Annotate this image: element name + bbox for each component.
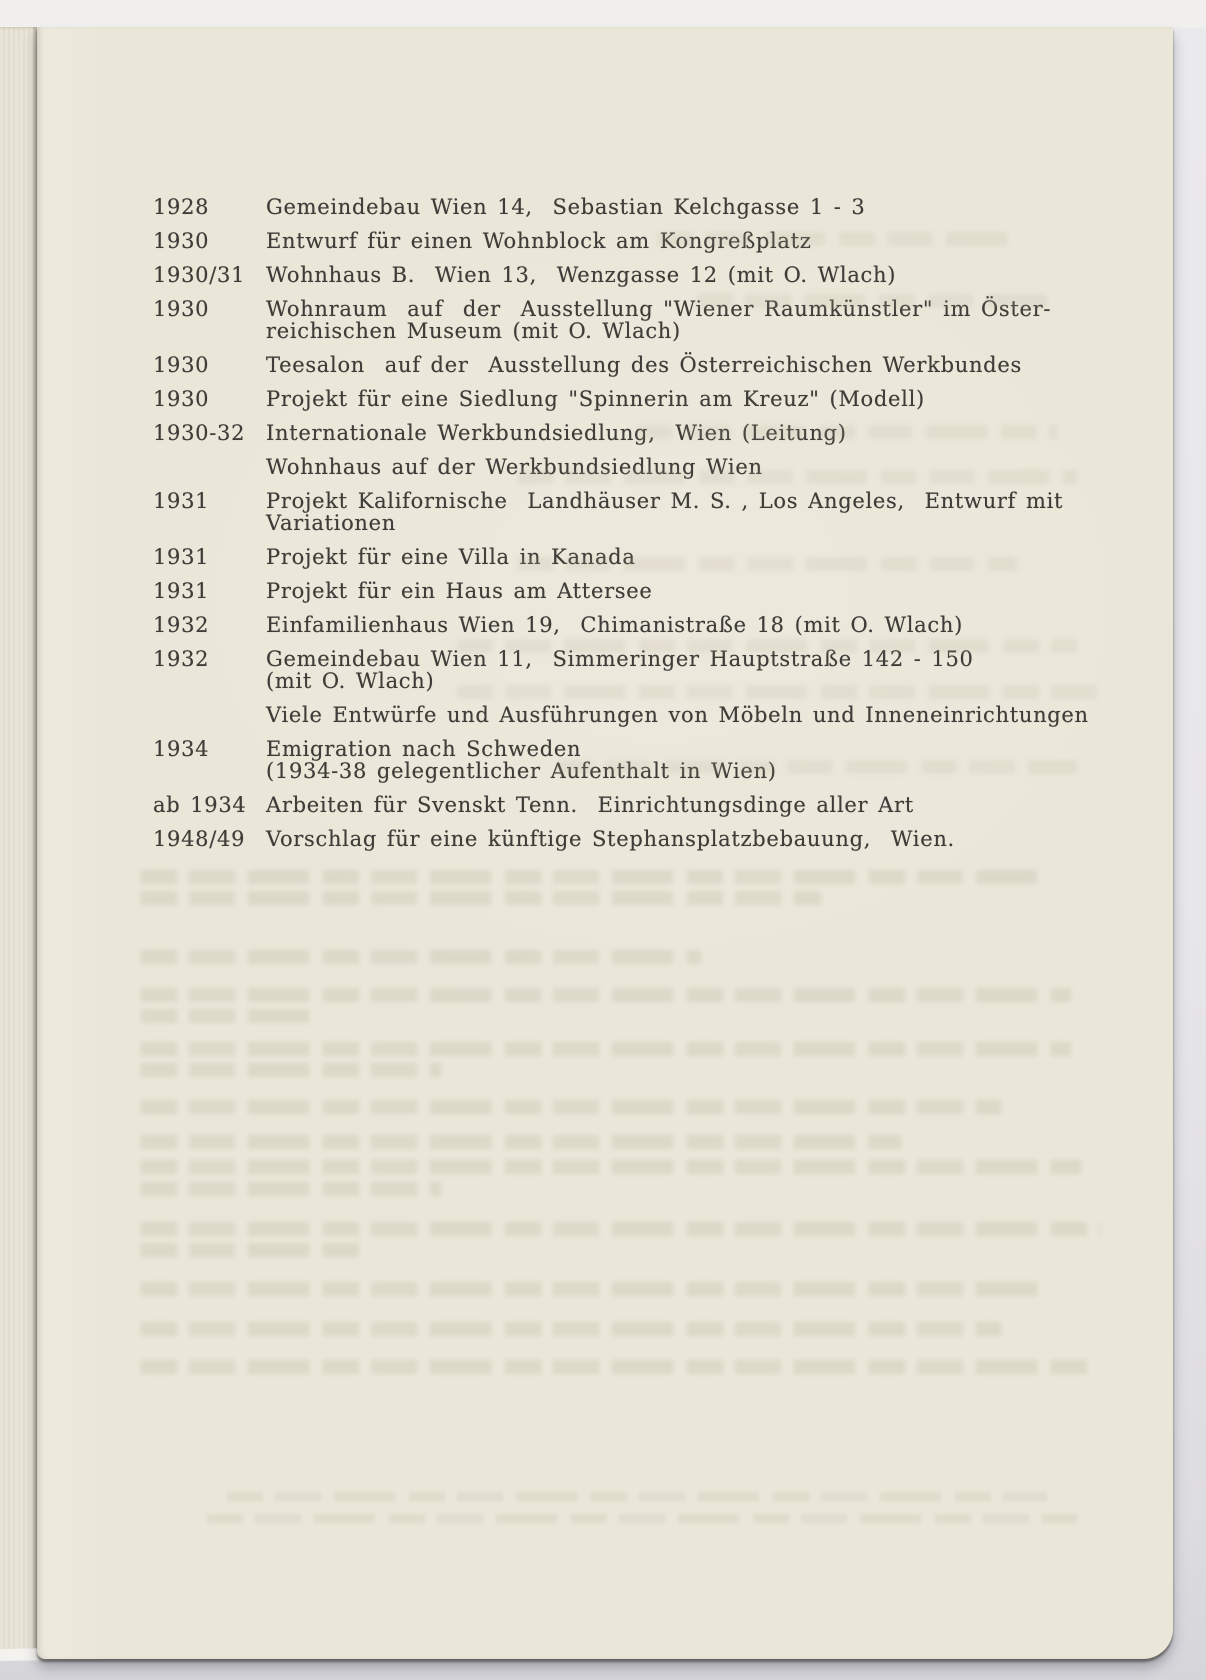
bleedthrough-line	[141, 1009, 321, 1023]
bleedthrough-line	[141, 1160, 1081, 1174]
entry-year: 1931	[153, 580, 266, 602]
entry-year: 1930	[153, 230, 266, 252]
bleedthrough-line	[141, 1100, 1001, 1114]
timeline-entry: 1930Wohnraum auf der Ausstellung "Wiener…	[153, 298, 1149, 342]
entry-description: Einfamilienhaus Wien 19, Chimanistraße 1…	[266, 614, 963, 636]
bleedthrough-line	[141, 1135, 901, 1149]
bleedthrough-line	[141, 1222, 1101, 1236]
entry-year: 1932	[153, 614, 266, 636]
bleedthrough-line	[141, 1063, 441, 1077]
timeline-entry: 1930Teesalon auf der Ausstellung des Öst…	[153, 354, 1149, 376]
bleedthrough-line	[141, 988, 1071, 1002]
page-fold-highlight	[37, 27, 109, 1659]
entry-description: Projekt Kalifornische Landhäuser M. S. ,…	[266, 490, 1063, 534]
entry-year: 1930-32	[153, 422, 266, 444]
timeline-entry: Viele Entwürfe und Ausführungen von Möbe…	[153, 704, 1149, 726]
timeline-entry: 1930-32Internationale Werkbundsiedlung, …	[153, 422, 1149, 444]
bleedthrough-line	[141, 1360, 1091, 1374]
bleedthrough-line	[207, 1514, 1077, 1523]
timeline-entry: 1930Projekt für eine Siedlung "Spinnerin…	[153, 388, 1149, 410]
timeline-entry: 1934Emigration nach Schweden (1934-38 ge…	[153, 738, 1149, 782]
works-timeline-list: 1928Gemeindebau Wien 14, Sebastian Kelch…	[153, 196, 1149, 862]
bleedthrough-line	[141, 891, 821, 905]
entry-year: 1948/49	[153, 828, 266, 850]
entry-description: Wohnhaus B. Wien 13, Wenzgasse 12 (mit O…	[266, 264, 896, 286]
bleedthrough-line	[141, 870, 1041, 884]
entry-description: Viele Entwürfe und Ausführungen von Möbe…	[266, 704, 1089, 726]
entry-year: 1931	[153, 546, 266, 568]
entry-description: Wohnhaus auf der Werkbundsiedlung Wien	[266, 456, 763, 478]
timeline-entry: 1931Projekt für eine Villa in Kanada	[153, 546, 1149, 568]
entry-year: 1930	[153, 354, 266, 376]
entry-description: Gemeindebau Wien 14, Sebastian Kelchgass…	[266, 196, 866, 218]
entry-description: Wohnraum auf der Ausstellung "Wiener Rau…	[266, 298, 1051, 342]
bleedthrough-line	[141, 1322, 1001, 1336]
entry-year: 1930	[153, 388, 266, 410]
timeline-entry: ab 1934Arbeiten für Svenskt Tenn. Einric…	[153, 794, 1149, 816]
timeline-entry: Wohnhaus auf der Werkbundsiedlung Wien	[153, 456, 1149, 478]
entry-description: Arbeiten für Svenskt Tenn. Einrichtungsd…	[266, 794, 914, 816]
timeline-entry: 1931Projekt Kalifornische Landhäuser M. …	[153, 490, 1149, 534]
timeline-entry: 1930/31Wohnhaus B. Wien 13, Wenzgasse 12…	[153, 264, 1149, 286]
timeline-entry: 1932Einfamilienhaus Wien 19, Chimanistra…	[153, 614, 1149, 636]
entry-description: Projekt für eine Siedlung "Spinnerin am …	[266, 388, 925, 410]
entry-year: 1930	[153, 298, 266, 342]
entry-year: 1932	[153, 648, 266, 692]
entry-year: 1931	[153, 490, 266, 534]
entry-description: Emigration nach Schweden (1934-38 gelege…	[266, 738, 777, 782]
entry-year	[153, 704, 266, 726]
bleedthrough-line	[141, 1042, 1071, 1056]
book-gutter-page-edge	[0, 27, 37, 1652]
entry-description: Entwurf für einen Wohnblock am Kongreßpl…	[266, 230, 812, 252]
timeline-entry: 1930Entwurf für einen Wohnblock am Kongr…	[153, 230, 1149, 252]
bleedthrough-line	[141, 1243, 361, 1257]
bleedthrough-line	[141, 1182, 441, 1196]
bleedthrough-line	[141, 950, 701, 964]
bleedthrough-line	[141, 1282, 1041, 1296]
timeline-entry: 1928Gemeindebau Wien 14, Sebastian Kelch…	[153, 196, 1149, 218]
timeline-entry: 1948/49Vorschlag für eine künftige Steph…	[153, 828, 1149, 850]
entry-description: Vorschlag für eine künftige Stephansplat…	[266, 828, 955, 850]
scanned-book-page: 1928Gemeindebau Wien 14, Sebastian Kelch…	[0, 0, 1206, 1680]
entry-description: Teesalon auf der Ausstellung des Österre…	[266, 354, 1022, 376]
entry-description: Internationale Werkbundsiedlung, Wien (L…	[266, 422, 847, 444]
entry-year: 1928	[153, 196, 266, 218]
document-page: 1928Gemeindebau Wien 14, Sebastian Kelch…	[37, 27, 1173, 1659]
entry-year: 1934	[153, 738, 266, 782]
entry-description: Gemeindebau Wien 11, Simmeringer Hauptst…	[266, 648, 974, 692]
entry-year: ab 1934	[153, 794, 266, 816]
entry-year: 1930/31	[153, 264, 266, 286]
entry-description: Projekt für ein Haus am Attersee	[266, 580, 653, 602]
entry-description: Projekt für eine Villa in Kanada	[266, 546, 636, 568]
timeline-entry: 1931Projekt für ein Haus am Attersee	[153, 580, 1149, 602]
timeline-entry: 1932Gemeindebau Wien 11, Simmeringer Hau…	[153, 648, 1149, 692]
bleedthrough-line	[227, 1492, 1047, 1501]
entry-year	[153, 456, 266, 478]
